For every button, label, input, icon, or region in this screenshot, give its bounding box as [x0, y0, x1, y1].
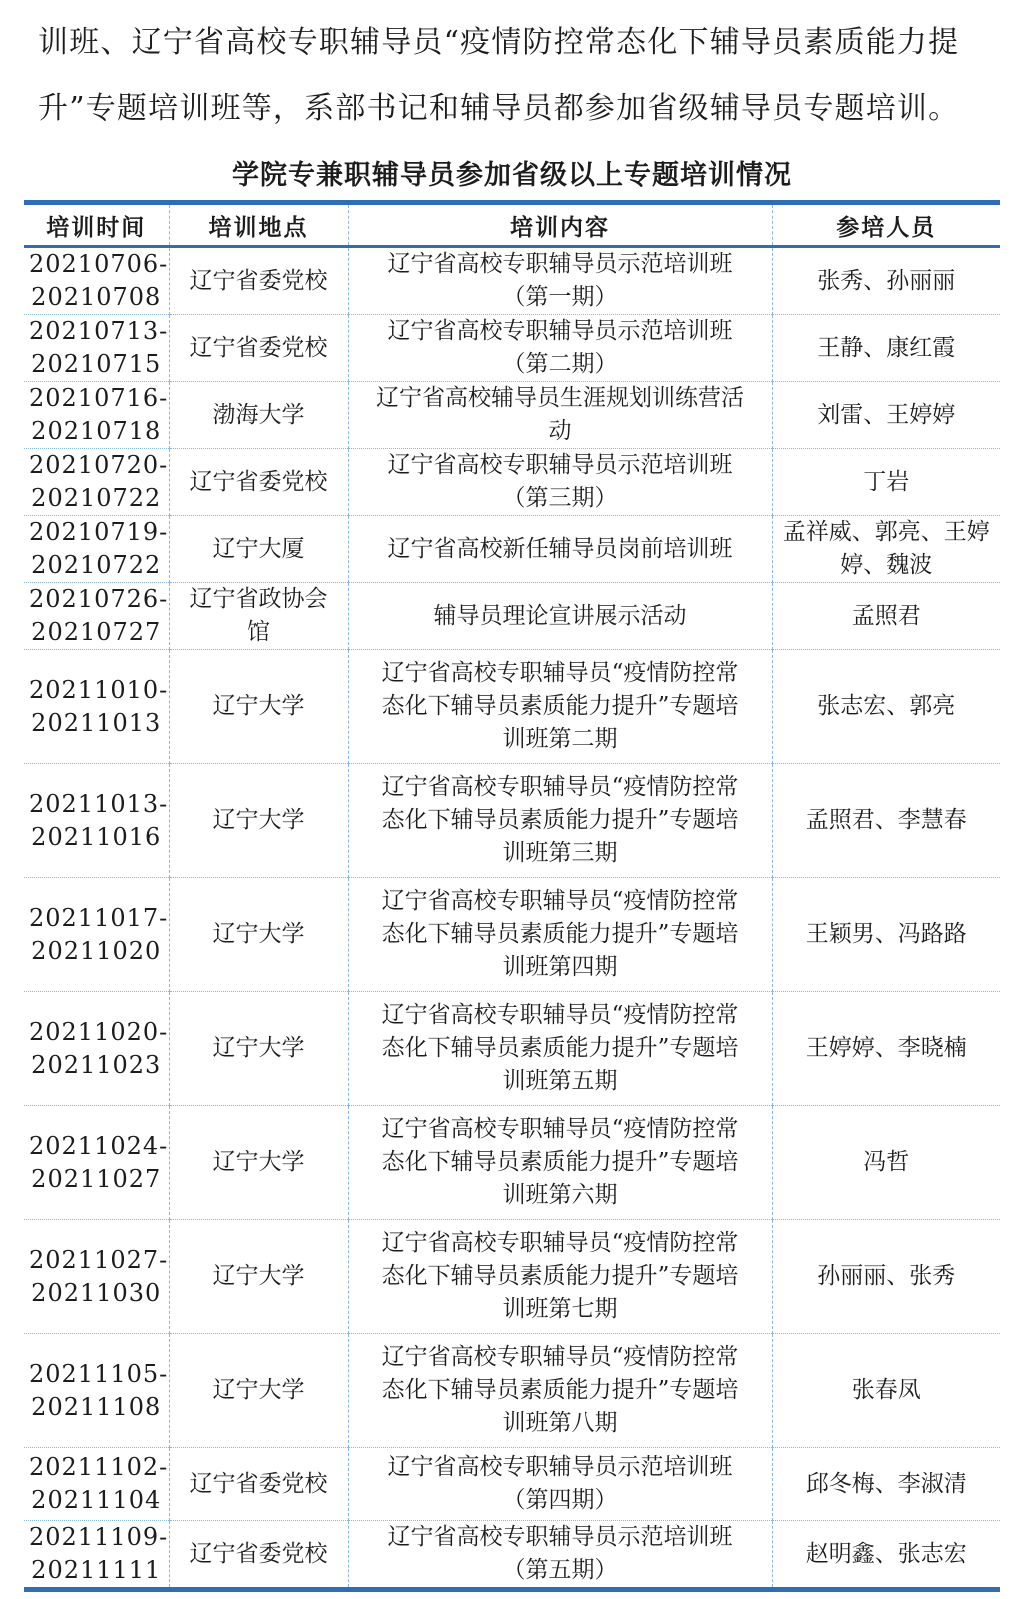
cell-location: 辽宁大学	[169, 1220, 348, 1334]
date-start: 20211017-	[29, 902, 164, 935]
col-header-participants: 参培人员	[772, 203, 1000, 247]
cell-time: 20210720-20210722	[24, 449, 169, 516]
cell-content: 辽宁省高校专职辅导员示范培训班 （第三期）	[348, 449, 772, 516]
cell-participants: 刘雷、王婷婷	[772, 382, 1000, 449]
cell-location: 辽宁大学	[169, 764, 348, 878]
date-end: 20211030	[29, 1277, 164, 1310]
cell-participants: 冯哲	[772, 1106, 1000, 1220]
cell-content: 辽宁省高校专职辅导员示范培训班 （第二期）	[348, 315, 772, 382]
date-end: 20211016	[29, 821, 164, 854]
cell-location: 辽宁省委党校	[169, 1448, 348, 1521]
date-end: 20210715	[29, 348, 164, 381]
cell-time: 20211020-20211023	[24, 992, 169, 1106]
date-end: 20211104	[29, 1484, 164, 1517]
training-table: 培训时间 培训地点 培训内容 参培人员 20210706-20210708 辽宁…	[24, 200, 1000, 1592]
cell-location: 辽宁省委党校	[169, 315, 348, 382]
date-end: 20211027	[29, 1163, 164, 1196]
cell-content: 辅导员理论宣讲展示活动	[348, 583, 772, 650]
col-header-time: 培训时间	[24, 203, 169, 247]
cell-content: 辽宁省高校专职辅导员“疫情防控常 态化下辅导员素质能力提升”专题培 训班第三期	[348, 764, 772, 878]
date-end: 20211013	[29, 707, 164, 740]
cell-location: 辽宁大学	[169, 1334, 348, 1448]
cell-content: 辽宁省高校专职辅导员示范培训班 （第五期）	[348, 1521, 772, 1590]
date-end: 20211111	[29, 1554, 164, 1587]
cell-time: 20210726-20210727	[24, 583, 169, 650]
cell-participants: 王静、康红霞	[772, 315, 1000, 382]
cell-location: 辽宁大学	[169, 992, 348, 1106]
cell-content: 辽宁省高校专职辅导员“疫情防控常 态化下辅导员素质能力提升”专题培 训班第六期	[348, 1106, 772, 1220]
table-row: 20210719-20210722 辽宁大厦 辽宁省高校新任辅导员岗前培训班 孟…	[24, 516, 1000, 583]
date-start: 20211105-	[29, 1358, 164, 1391]
date-start: 20211010-	[29, 674, 164, 707]
date-end: 20210718	[29, 415, 164, 448]
cell-participants: 王婷婷、李晓楠	[772, 992, 1000, 1106]
cell-participants: 孟祥威、郭亮、王婷 婷、魏波	[772, 516, 1000, 583]
table-row: 20210706-20210708 辽宁省委党校 辽宁省高校专职辅导员示范培训班…	[24, 247, 1000, 315]
table-row: 20210713-20210715 辽宁省委党校 辽宁省高校专职辅导员示范培训班…	[24, 315, 1000, 382]
cell-location: 辽宁省委党校	[169, 1521, 348, 1590]
cell-participants: 张秀、孙丽丽	[772, 247, 1000, 315]
date-end: 20211023	[29, 1049, 164, 1082]
date-start: 20211102-	[29, 1451, 164, 1484]
cell-time: 20210716-20210718	[24, 382, 169, 449]
table-row: 20210720-20210722 辽宁省委党校 辽宁省高校专职辅导员示范培训班…	[24, 449, 1000, 516]
cell-location: 辽宁大学	[169, 650, 348, 764]
cell-time: 20211027-20211030	[24, 1220, 169, 1334]
cell-time: 20211024-20211027	[24, 1106, 169, 1220]
date-end: 20211020	[29, 935, 164, 968]
cell-time: 20210713-20210715	[24, 315, 169, 382]
table-row: 20211027-20211030 辽宁大学 辽宁省高校专职辅导员“疫情防控常 …	[24, 1220, 1000, 1334]
table-header-row: 培训时间 培训地点 培训内容 参培人员	[24, 203, 1000, 247]
cell-participants: 赵明鑫、张志宏	[772, 1521, 1000, 1590]
cell-location: 辽宁省政协会 馆	[169, 583, 348, 650]
table-row: 20210726-20210727 辽宁省政协会 馆 辅导员理论宣讲展示活动 孟…	[24, 583, 1000, 650]
date-start: 20210720-	[29, 449, 164, 482]
cell-participants: 邱冬梅、李淑清	[772, 1448, 1000, 1521]
cell-participants: 张志宏、郭亮	[772, 650, 1000, 764]
table-row: 20211109-20211111 辽宁省委党校 辽宁省高校专职辅导员示范培训班…	[24, 1521, 1000, 1590]
cell-content: 辽宁省高校辅导员生涯规划训练营活 动	[348, 382, 772, 449]
date-start: 20211013-	[29, 788, 164, 821]
date-start: 20211109-	[29, 1521, 164, 1554]
table-row: 20211102-20211104 辽宁省委党校 辽宁省高校专职辅导员示范培训班…	[24, 1448, 1000, 1521]
cell-time: 20211102-20211104	[24, 1448, 169, 1521]
table-row: 20211017-20211020 辽宁大学 辽宁省高校专职辅导员“疫情防控常 …	[24, 878, 1000, 992]
cell-participants: 张春凤	[772, 1334, 1000, 1448]
cell-location: 辽宁省委党校	[169, 449, 348, 516]
cell-participants: 王颖男、冯路路	[772, 878, 1000, 992]
table-row: 20211013-20211016 辽宁大学 辽宁省高校专职辅导员“疫情防控常 …	[24, 764, 1000, 878]
cell-participants: 丁岩	[772, 449, 1000, 516]
cell-time: 20211010-20211013	[24, 650, 169, 764]
cell-participants: 孟照君	[772, 583, 1000, 650]
cell-content: 辽宁省高校专职辅导员示范培训班 （第四期）	[348, 1448, 772, 1521]
cell-time: 20211105-20211108	[24, 1334, 169, 1448]
col-header-content: 培训内容	[348, 203, 772, 247]
cell-location: 辽宁大学	[169, 1106, 348, 1220]
date-start: 20210726-	[29, 583, 164, 616]
cell-content: 辽宁省高校专职辅导员“疫情防控常 态化下辅导员素质能力提升”专题培 训班第四期	[348, 878, 772, 992]
cell-content: 辽宁省高校专职辅导员示范培训班 （第一期）	[348, 247, 772, 315]
cell-time: 20211013-20211016	[24, 764, 169, 878]
cell-time: 20211017-20211020	[24, 878, 169, 992]
cell-time: 20210719-20210722	[24, 516, 169, 583]
date-end: 20210727	[29, 616, 164, 649]
table-row: 20210716-20210718 渤海大学 辽宁省高校辅导员生涯规划训练营活 …	[24, 382, 1000, 449]
table-row: 20211105-20211108 辽宁大学 辽宁省高校专职辅导员“疫情防控常 …	[24, 1334, 1000, 1448]
cell-location: 辽宁省委党校	[169, 247, 348, 315]
cell-time: 20211109-20211111	[24, 1521, 169, 1590]
date-start: 20210716-	[29, 382, 164, 415]
cell-location: 渤海大学	[169, 382, 348, 449]
cell-participants: 孙丽丽、张秀	[772, 1220, 1000, 1334]
table-row: 20211010-20211013 辽宁大学 辽宁省高校专职辅导员“疫情防控常 …	[24, 650, 1000, 764]
date-start: 20211020-	[29, 1016, 164, 1049]
document-page: 训班、辽宁省高校专职辅导员“疫情防控常态化下辅导员素质能力提 升”专题培训班等，…	[0, 0, 1024, 1599]
table-title: 学院专兼职辅导员参加省级以上专题培训情况	[0, 156, 1024, 196]
date-end: 20210722	[29, 549, 164, 582]
date-end: 20210722	[29, 482, 164, 515]
date-start: 20211024-	[29, 1130, 164, 1163]
cell-location: 辽宁大厦	[169, 516, 348, 583]
date-start: 20210713-	[29, 315, 164, 348]
cell-location: 辽宁大学	[169, 878, 348, 992]
cell-content: 辽宁省高校专职辅导员“疫情防控常 态化下辅导员素质能力提升”专题培 训班第七期	[348, 1220, 772, 1334]
body-text-line-2: 升”专题培训班等，系部书记和辅导员都参加省级辅导员专题培训。	[38, 76, 994, 142]
cell-content: 辽宁省高校专职辅导员“疫情防控常 态化下辅导员素质能力提升”专题培 训班第八期	[348, 1334, 772, 1448]
cell-content: 辽宁省高校新任辅导员岗前培训班	[348, 516, 772, 583]
cell-content: 辽宁省高校专职辅导员“疫情防控常 态化下辅导员素质能力提升”专题培 训班第二期	[348, 650, 772, 764]
date-end: 20211108	[29, 1391, 164, 1424]
body-text-line-1: 训班、辽宁省高校专职辅导员“疫情防控常态化下辅导员素质能力提	[38, 10, 994, 76]
date-start: 20210719-	[29, 516, 164, 549]
date-start: 20211027-	[29, 1244, 164, 1277]
table-row: 20211024-20211027 辽宁大学 辽宁省高校专职辅导员“疫情防控常 …	[24, 1106, 1000, 1220]
date-end: 20210708	[29, 281, 164, 314]
table-row: 20211020-20211023 辽宁大学 辽宁省高校专职辅导员“疫情防控常 …	[24, 992, 1000, 1106]
cell-participants: 孟照君、李慧春	[772, 764, 1000, 878]
date-start: 20210706-	[29, 248, 164, 281]
cell-content: 辽宁省高校专职辅导员“疫情防控常 态化下辅导员素质能力提升”专题培 训班第五期	[348, 992, 772, 1106]
col-header-location: 培训地点	[169, 203, 348, 247]
cell-time: 20210706-20210708	[24, 247, 169, 315]
